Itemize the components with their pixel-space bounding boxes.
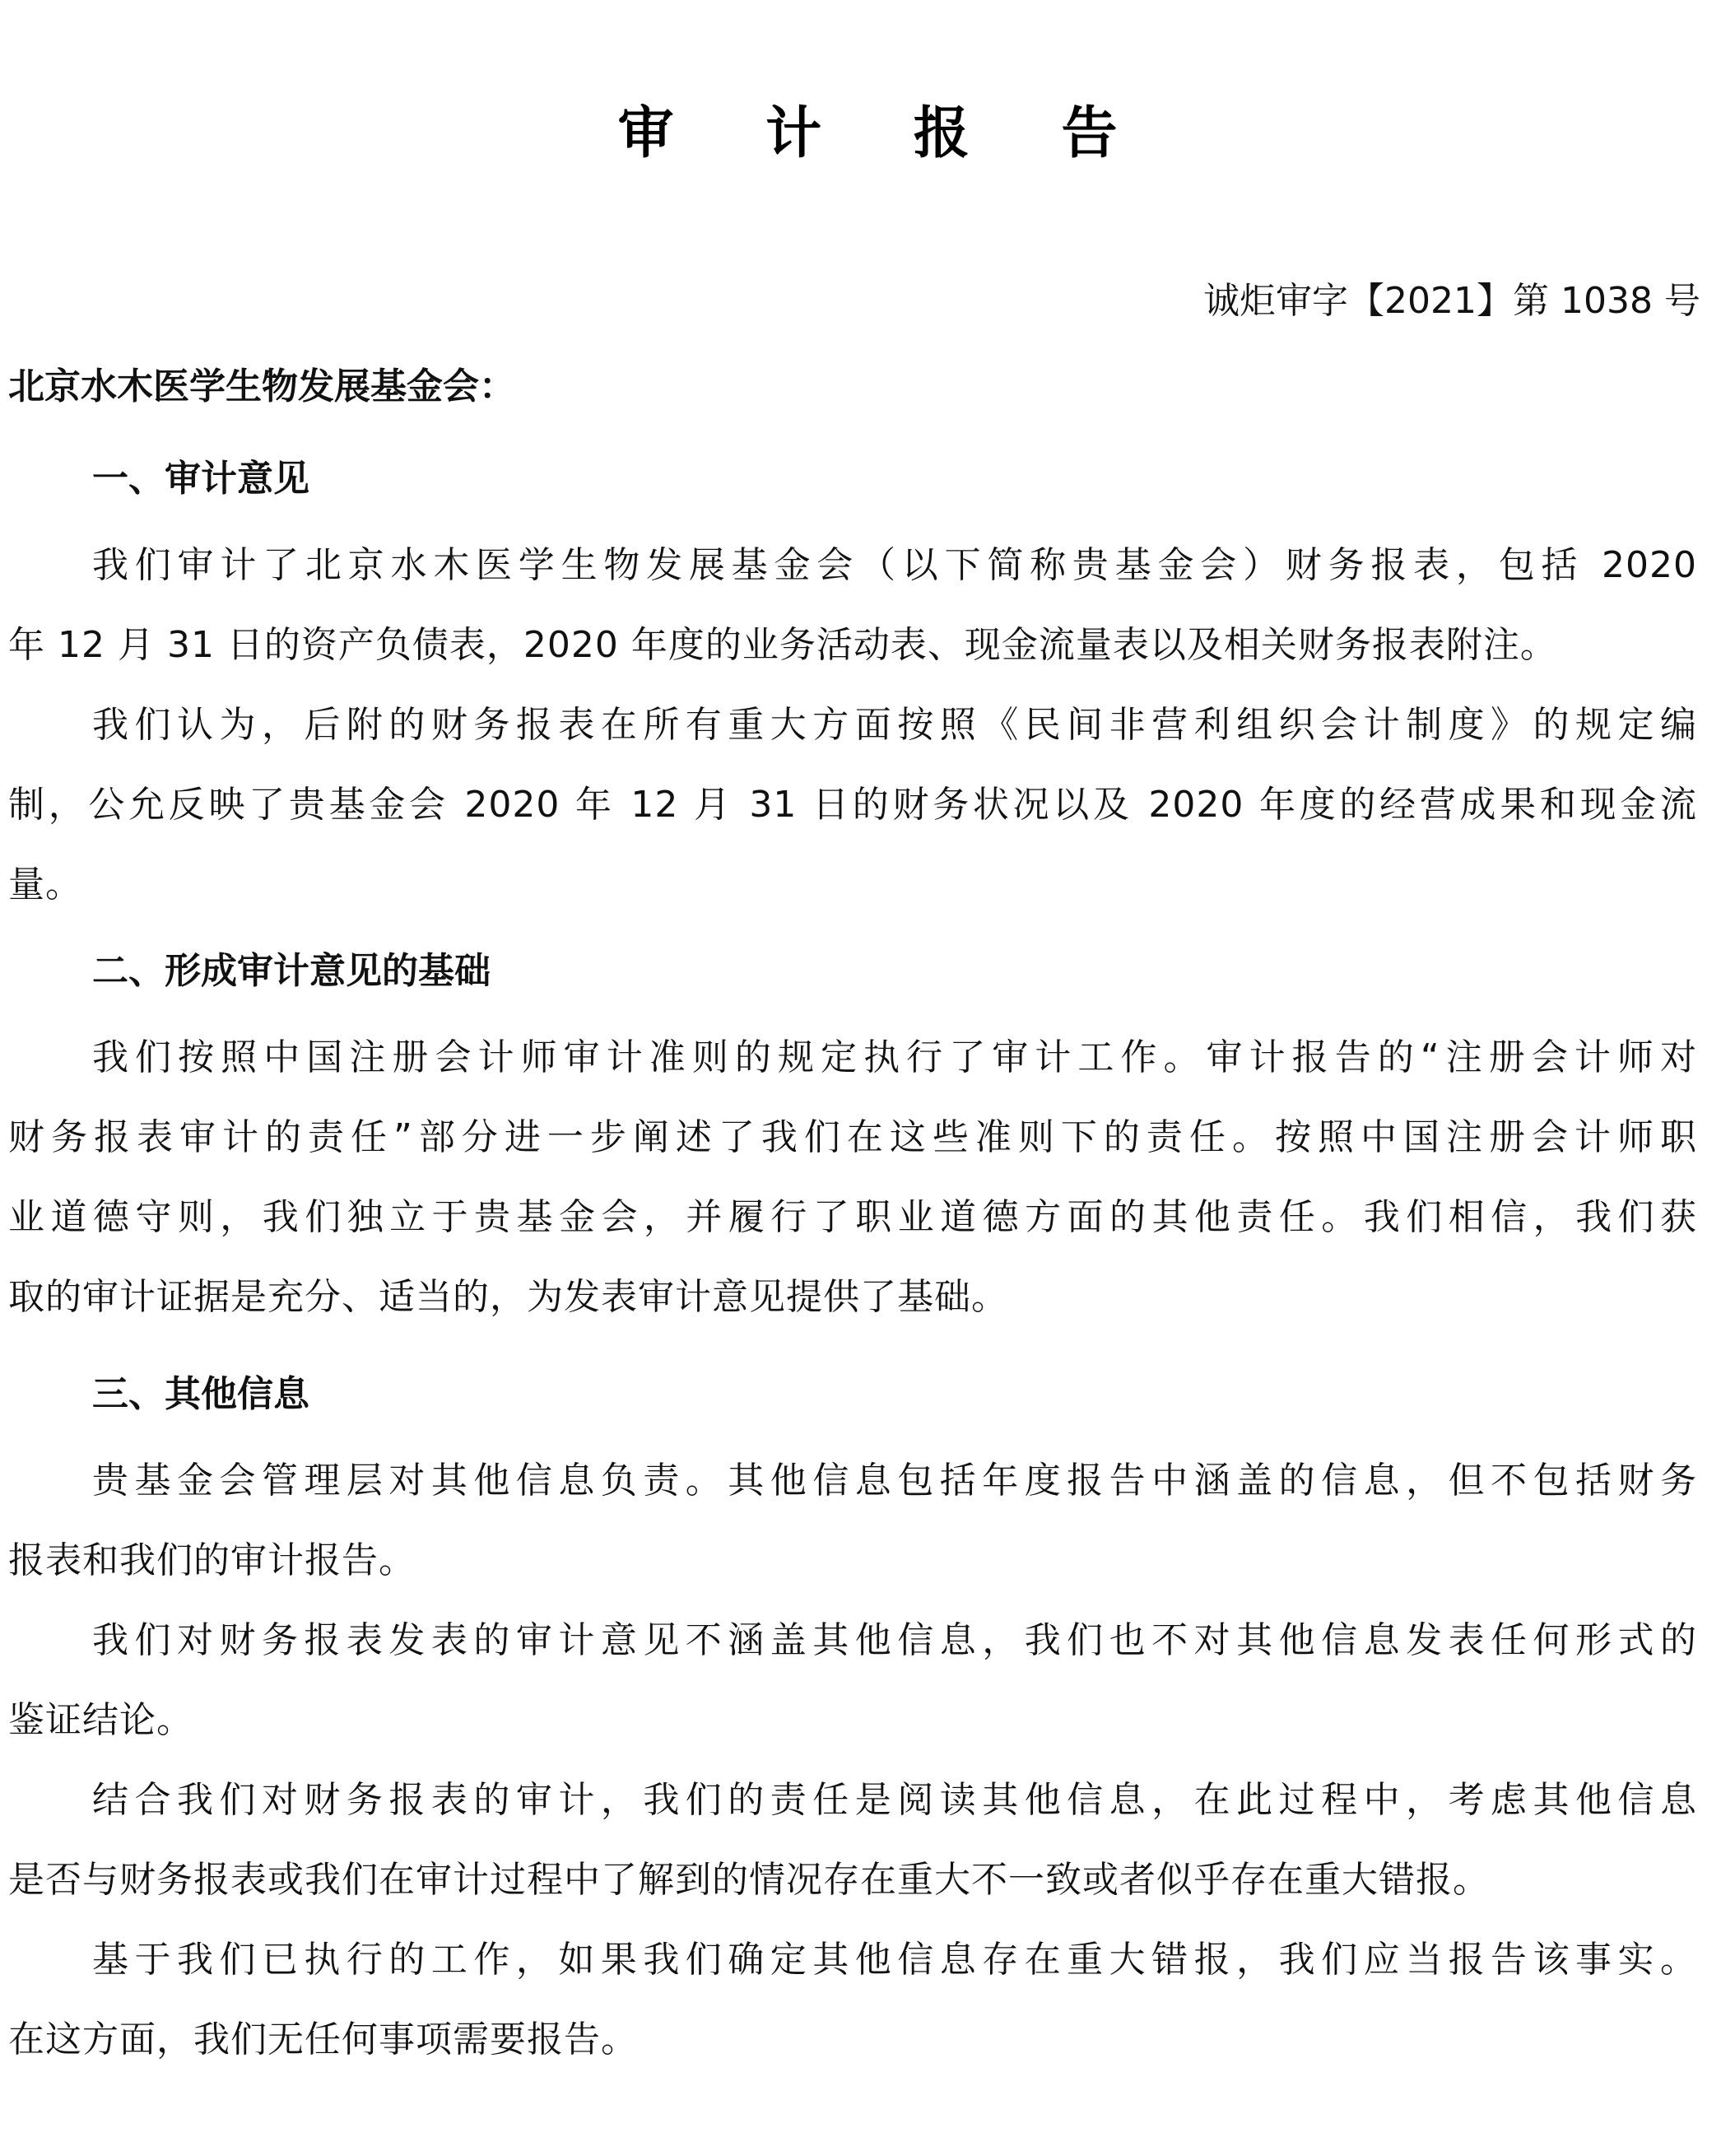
- section-heading-basis-for-opinion: 二、形成审计意见的基础: [92, 947, 491, 996]
- paragraph-basis: 我们按照中国注册会计师审计准则的规定执行了审计工作。审计报告的“注册会计师对 财…: [8, 1017, 1697, 1337]
- section-heading-other-information: 三、其他信息: [92, 1370, 309, 1419]
- paragraph-audit-scope: 我们审计了北京水木医学生物发展基金会（以下简称贵基金会）财务报表，包括 2020…: [8, 525, 1697, 685]
- paragraph-line: 年 12 月 31 日的资产负债表，2020 年度的业务活动表、现金流量表以及相…: [8, 605, 1697, 685]
- document-title: 审 计 报 告: [0, 97, 1735, 171]
- paragraph-line: 我们认为，后附的财务报表在所有重大方面按照《民间非营利组织会计制度》的规定编: [8, 685, 1697, 765]
- paragraph-auditor-responsibility: 结合我们对财务报表的审计，我们的责任是阅读其他信息，在此过程中，考虑其他信息 是…: [8, 1760, 1697, 1920]
- audit-report-page: 审 计 报 告 诚炬审字【2021】第 1038 号 北京水木医学生物发展基金会…: [0, 0, 1735, 2156]
- paragraph-line: 取的审计证据是充分、适当的，为发表审计意见提供了基础。: [8, 1257, 1697, 1337]
- paragraph-line: 鉴证结论。: [8, 1680, 1697, 1760]
- paragraph-line: 量。: [8, 845, 1697, 924]
- paragraph-management-responsibility: 贵基金会管理层对其他信息负责。其他信息包括年度报告中涵盖的信息，但不包括财务 报…: [8, 1441, 1697, 1600]
- paragraph-line: 结合我们对财务报表的审计，我们的责任是阅读其他信息，在此过程中，考虑其他信息: [8, 1760, 1697, 1840]
- paragraph-line: 我们对财务报表发表的审计意见不涵盖其他信息，我们也不对其他信息发表任何形式的: [8, 1600, 1697, 1680]
- paragraph-opinion: 我们认为，后附的财务报表在所有重大方面按照《民间非营利组织会计制度》的规定编 制…: [8, 685, 1697, 924]
- paragraph-line: 在这方面，我们无任何事项需要报告。: [8, 2000, 1697, 2079]
- paragraph-line: 我们按照中国注册会计师审计准则的规定执行了审计工作。审计报告的“注册会计师对: [8, 1017, 1697, 1097]
- section-heading-audit-opinion: 一、审计意见: [92, 454, 309, 504]
- paragraph-line: 贵基金会管理层对其他信息负责。其他信息包括年度报告中涵盖的信息，但不包括财务: [8, 1441, 1697, 1520]
- reference-number: 诚炬审字【2021】第 1038 号: [1203, 277, 1700, 326]
- paragraph-line: 报表和我们的审计报告。: [8, 1520, 1697, 1600]
- paragraph-line: 制，公允反映了贵基金会 2020 年 12 月 31 日的财务状况以及 2020…: [8, 765, 1697, 845]
- paragraph-conclusion: 基于我们已执行的工作，如果我们确定其他信息存在重大错报，我们应当报告该事实。 在…: [8, 1920, 1697, 2079]
- paragraph-line: 是否与财务报表或我们在审计过程中了解到的情况存在重大不一致或者似乎存在重大错报。: [8, 1840, 1697, 1920]
- paragraph-line: 我们审计了北京水木医学生物发展基金会（以下简称贵基金会）财务报表，包括 2020: [8, 525, 1697, 605]
- paragraph-line: 基于我们已执行的工作，如果我们确定其他信息存在重大错报，我们应当报告该事实。: [8, 1920, 1697, 2000]
- paragraph-opinion-scope: 我们对财务报表发表的审计意见不涵盖其他信息，我们也不对其他信息发表任何形式的 鉴…: [8, 1600, 1697, 1760]
- paragraph-line: 财务报表审计的责任”部分进一步阐述了我们在这些准则下的责任。按照中国注册会计师职: [8, 1097, 1697, 1177]
- addressee: 北京水木医学生物发展基金会：: [8, 362, 515, 412]
- paragraph-line: 业道德守则，我们独立于贵基金会，并履行了职业道德方面的其他责任。我们相信，我们获: [8, 1177, 1697, 1257]
